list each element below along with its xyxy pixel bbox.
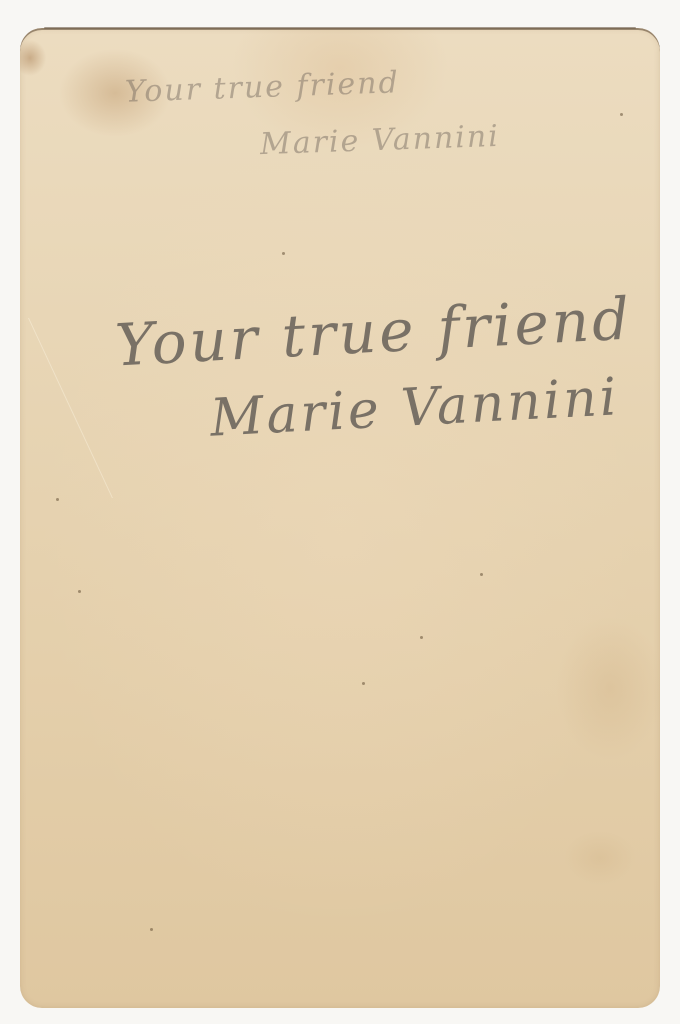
foxing-spot [480,573,483,576]
foxing-spot [78,590,81,593]
inscription-signature: Marie Vannini [209,367,621,448]
faint-inscription-line-1: Your true friend [124,65,400,110]
foxing-spot [420,636,423,639]
card-top-edge [44,27,636,29]
photo-card-back: Your true friend Marie Vannini Your true… [20,28,660,1008]
inscription-line-1: Your true friend [114,285,634,380]
foxing-spot [362,682,365,685]
foxing-spot [620,113,623,116]
foxing-spot [150,928,153,931]
scan-background: Your true friend Marie Vannini Your true… [0,0,680,1024]
foxing-spot [282,252,285,255]
faint-inscription-line-2: Marie Vannini [259,119,500,162]
foxing-spot [56,498,59,501]
